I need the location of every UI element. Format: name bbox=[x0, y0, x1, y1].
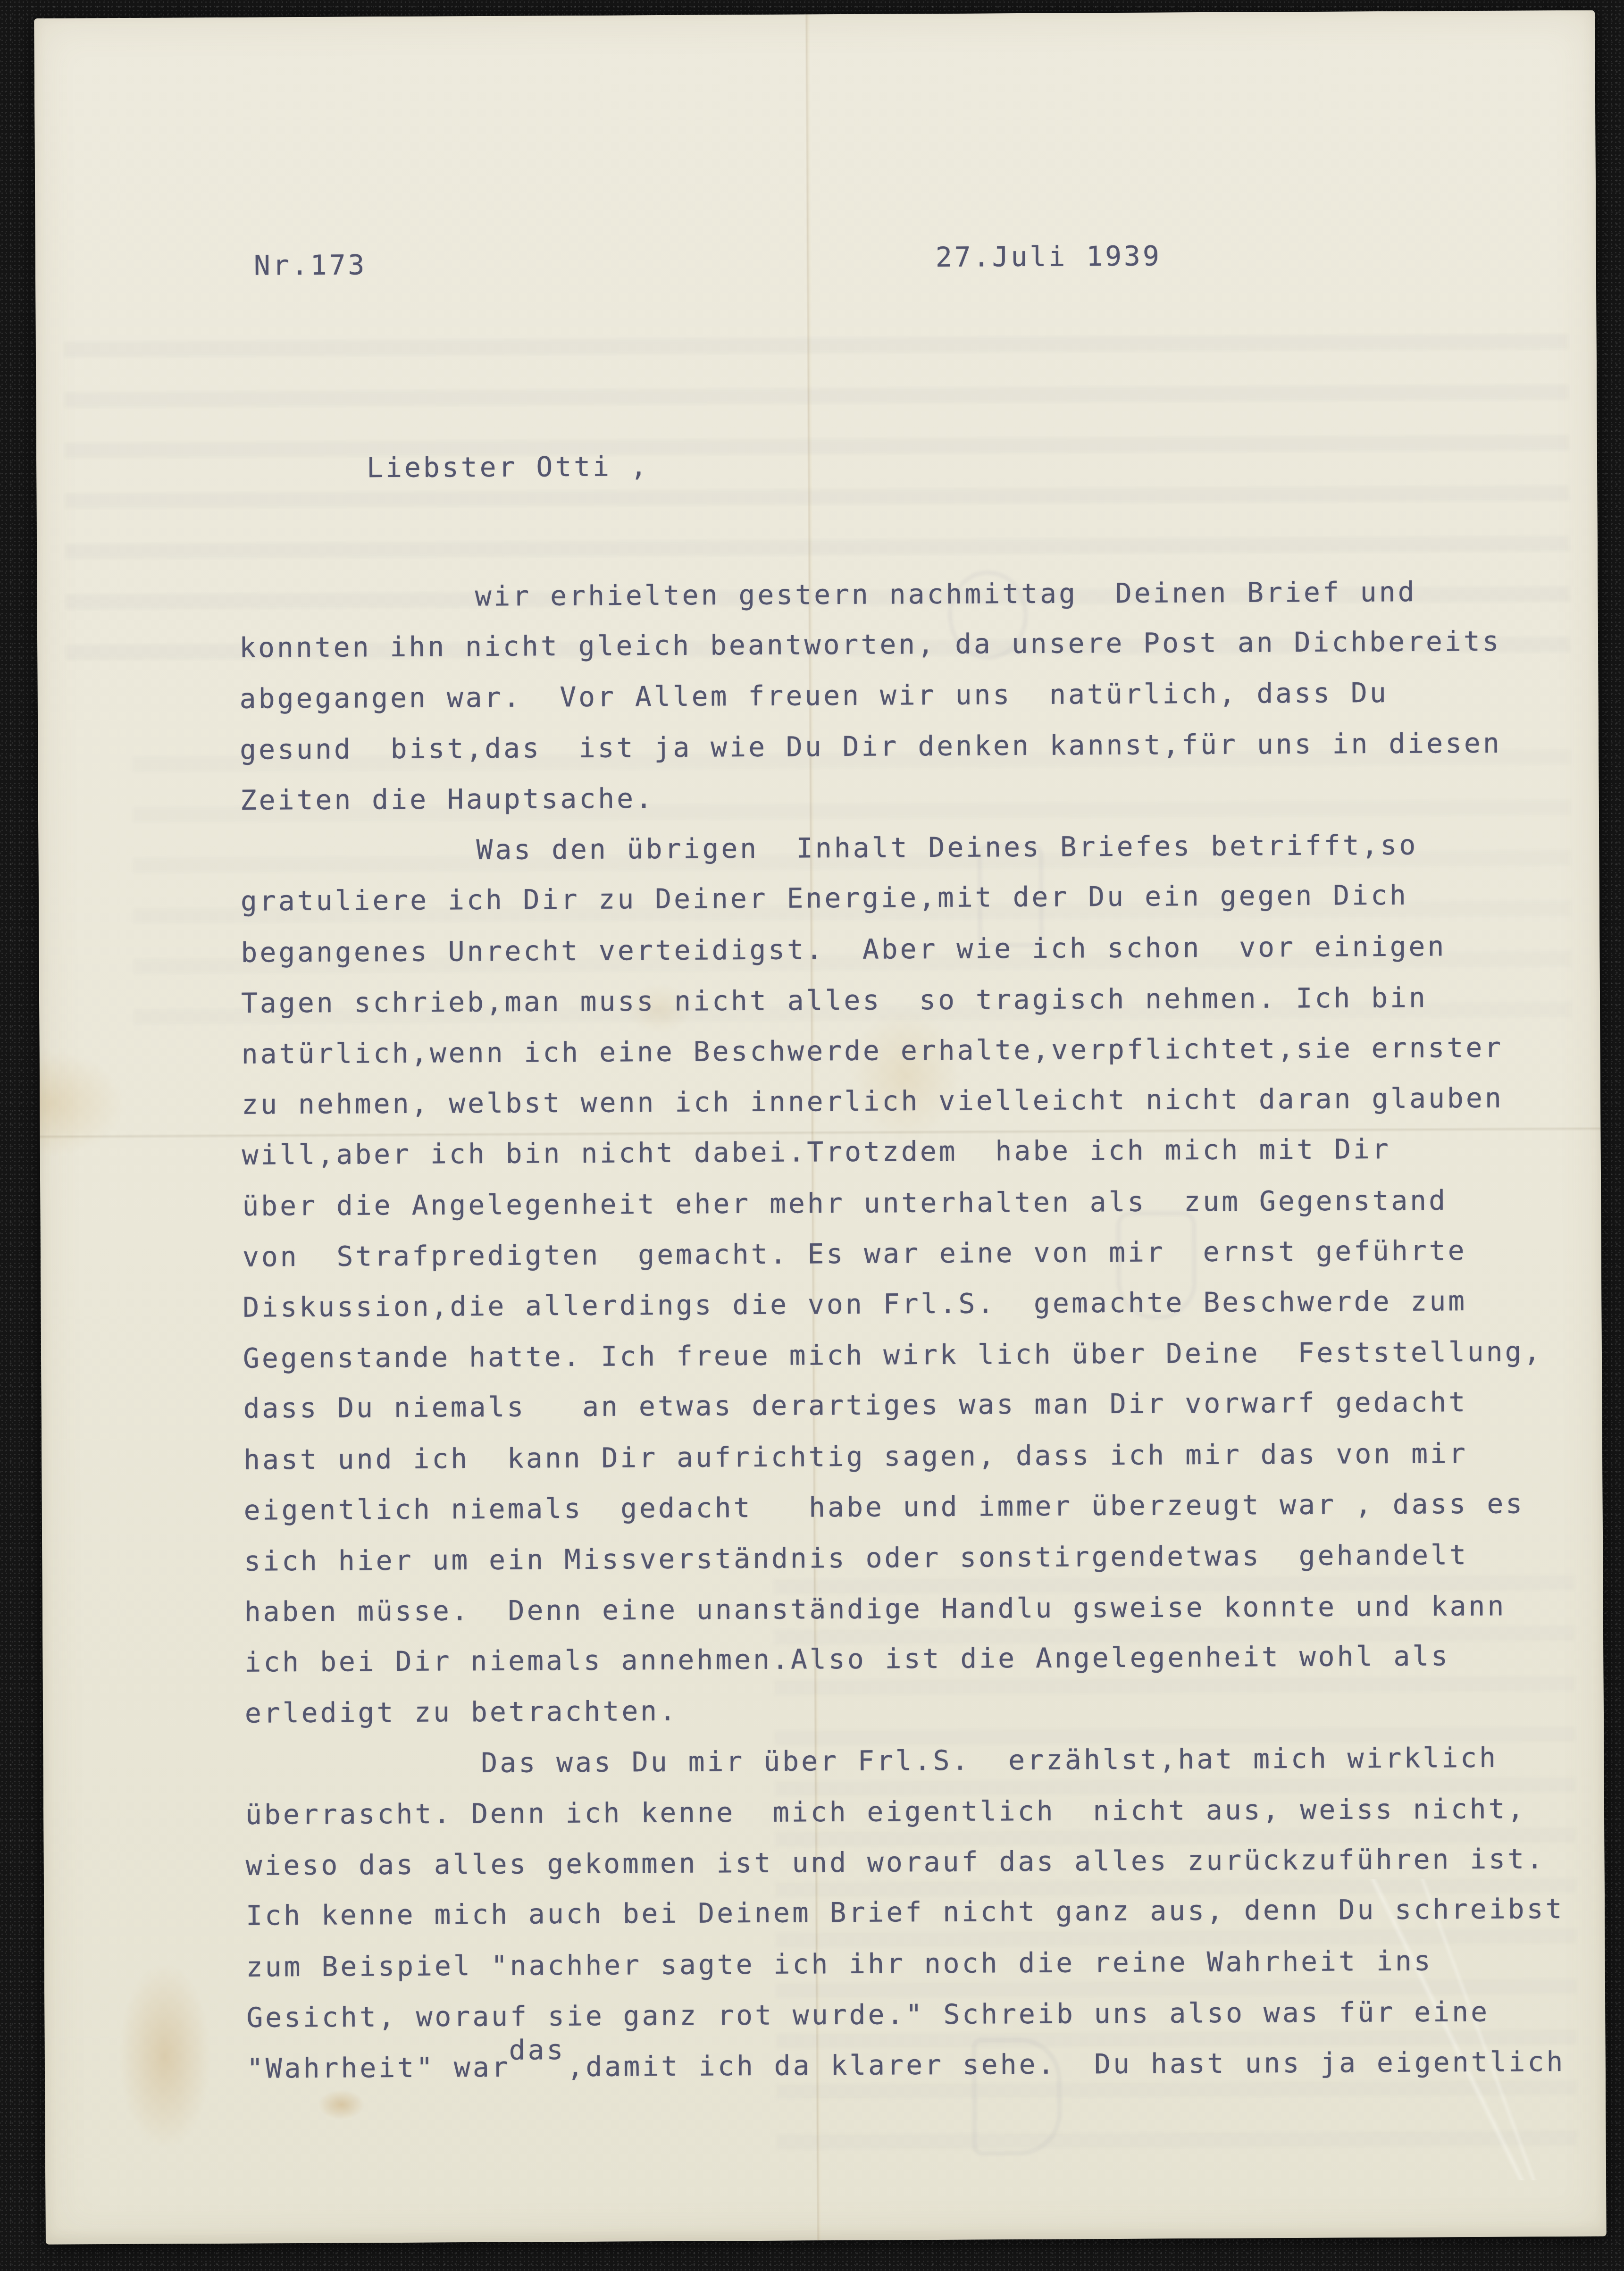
letter-line: sich hier um ein Missverständnis oder so… bbox=[244, 1529, 1603, 1587]
letter-line: Tagen schrieb,man muss nicht alles so tr… bbox=[241, 972, 1600, 1029]
letter-line: abgegangen war. Vor Allem freuen wir uns… bbox=[239, 667, 1599, 725]
letter-line: Das was Du mir über Frl.S. erzählst,hat … bbox=[245, 1732, 1604, 1790]
letter-line: gesund bist,das ist ja wie Du Dir denken… bbox=[240, 717, 1599, 775]
letter-line: Ich kenne mich auch bei Deinem Brief nic… bbox=[246, 1884, 1605, 1942]
letter-line: wieso das alles gekommen ist und worauf … bbox=[245, 1833, 1605, 1891]
letter-line: eigentlich niemals gedacht habe und imme… bbox=[243, 1478, 1603, 1536]
letter-line: konnten ihn nicht gleich beantworten, da… bbox=[239, 615, 1599, 673]
letter-line: überrascht. Denn ich kenne mich eigentli… bbox=[245, 1783, 1604, 1840]
letter-line: hast und ich kann Dir aufrichtig sagen, … bbox=[243, 1427, 1603, 1485]
letter-line: Gesicht, worauf sie ganz rot wurde." Sch… bbox=[246, 1986, 1605, 2043]
letter-line: erledigt zu betrachten. bbox=[245, 1681, 1604, 1739]
letter-line: über die Angelegenheit eher mehr unterha… bbox=[242, 1174, 1601, 1232]
letter-line: von Strafpredigten gemacht. Es war eine … bbox=[243, 1224, 1602, 1282]
letter-line: ich bei Dir niemals annehmen.Also ist di… bbox=[244, 1630, 1604, 1688]
letter-number: Nr.173 bbox=[254, 249, 367, 281]
inserted-word-above-line: das bbox=[509, 2034, 565, 2066]
letter-line: dass Du niemals an etwas derartiges was … bbox=[243, 1376, 1602, 1434]
letter-line: zum Beispiel "nachher sagte ich ihr noch… bbox=[246, 1935, 1605, 1993]
letter-page: Nr.173 27.Juli 1939 Liebster Otti , wir … bbox=[34, 10, 1607, 2245]
letter-line: natürlich,wenn ich eine Beschwerde erhal… bbox=[241, 1022, 1600, 1080]
letter-line: Diskussion,die allerdings die von Frl.S.… bbox=[243, 1275, 1602, 1333]
letter-line: gratuliere ich Dir zu Deiner Energie,mit… bbox=[241, 869, 1600, 927]
letter-line: haben müsse. Denn eine unanständige Hand… bbox=[244, 1580, 1603, 1637]
letter-line: Gegenstande hatte. Ich freue mich wirk l… bbox=[243, 1326, 1602, 1384]
scan-background: { "colors": { "background": "#151515", "… bbox=[0, 0, 1624, 2271]
letter-date: 27.Juli 1939 bbox=[936, 240, 1162, 273]
letter-line: will,aber ich bin nicht dabei.Trotzdem h… bbox=[242, 1123, 1601, 1181]
letter-line: begangenes Unrecht verteidigst. Aber wie… bbox=[241, 920, 1600, 978]
salutation: Liebster Otti , bbox=[367, 450, 649, 484]
letter-line: zu nehmen, welbst wenn ich innerlich vie… bbox=[242, 1073, 1601, 1131]
letter-line: Was den übrigen Inhalt Deines Briefes be… bbox=[240, 819, 1599, 877]
letter-line: Zeiten die Hauptsache. bbox=[240, 769, 1599, 826]
letter-line: "Wahrheit" wardas,damit ich da klarer se… bbox=[247, 2036, 1606, 2094]
letter-body: wir erhielten gestern nachmittag Deinen … bbox=[239, 565, 1606, 2094]
letter-line: wir erhielten gestern nachmittag Deinen … bbox=[239, 566, 1598, 623]
